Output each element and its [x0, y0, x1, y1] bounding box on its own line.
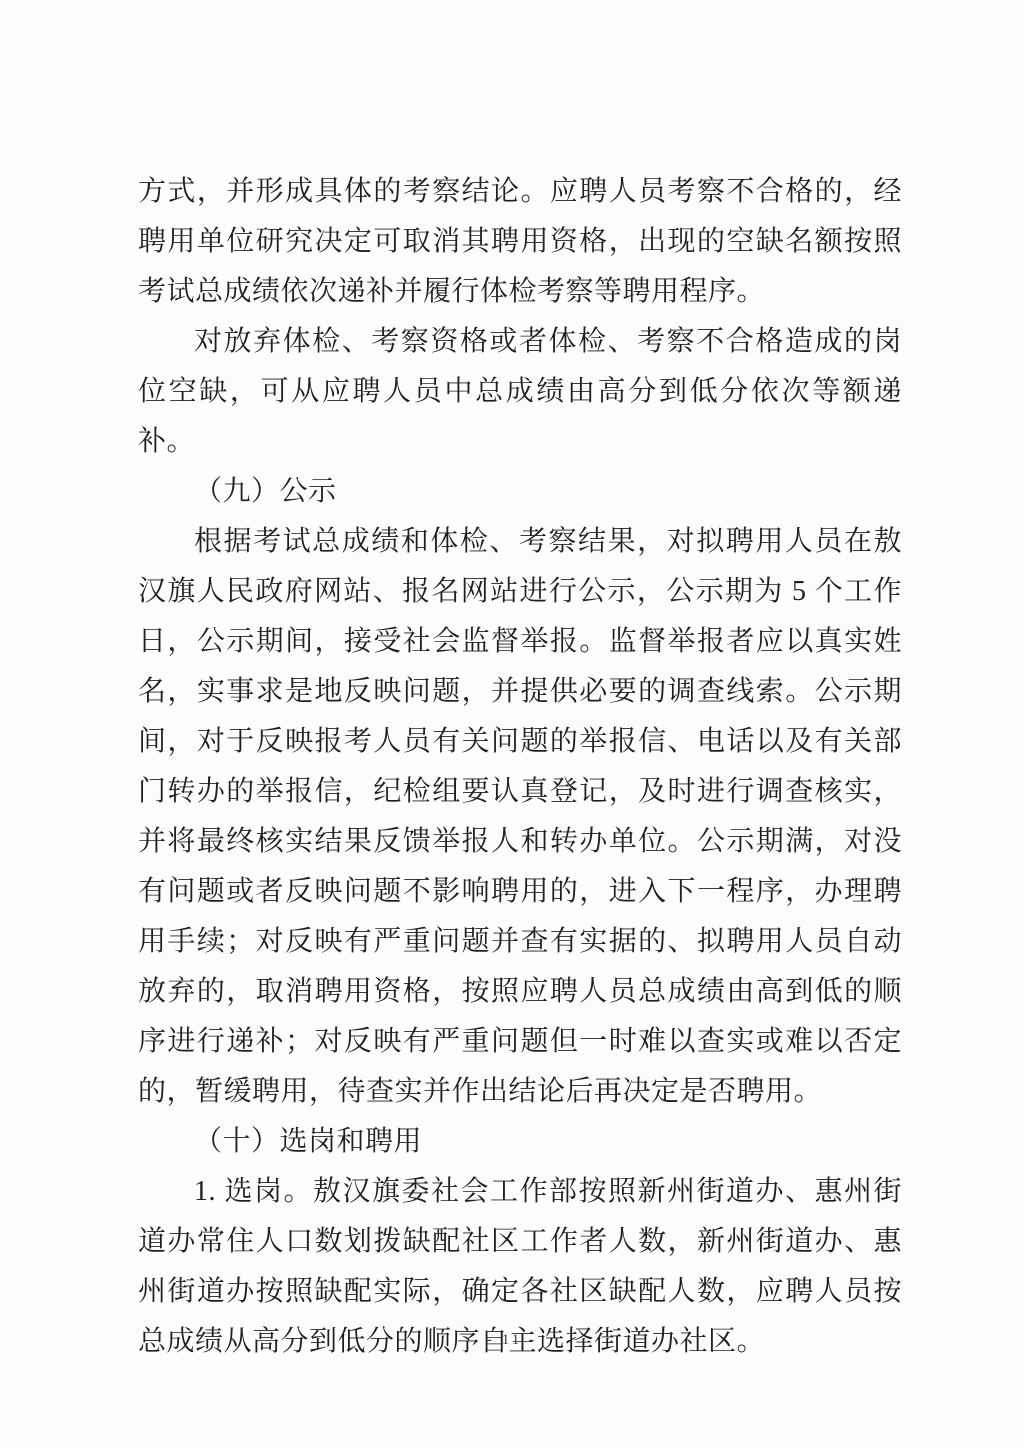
section-heading-10-post-selection: （十）选岗和聘用 — [138, 1117, 902, 1167]
paragraph-continuation: 方式，并形成具体的考察结论。应聘人员考察不合格的，经聘用单位研究决定可取消其聘用… — [138, 167, 902, 317]
document-body: 方式，并形成具体的考察结论。应聘人员考察不合格的，经聘用单位研究决定可取消其聘用… — [138, 167, 902, 1367]
paragraph-public-notice-details: 根据考试总成绩和体检、考察结果，对拟聘用人员在敖汉旗人民政府网站、报名网站进行公… — [138, 517, 902, 1117]
paragraph-vacancy-refill: 对放弃体检、考察资格或者体检、考察不合格造成的岗位空缺，可从应聘人员中总成绩由高… — [138, 317, 902, 467]
document-page: 方式，并形成具体的考察结论。应聘人员考察不合格的，经聘用单位研究决定可取消其聘用… — [0, 0, 1024, 1447]
page-number: - 11 - — [0, 1332, 1024, 1349]
section-heading-9-public-notice: （九）公示 — [138, 467, 902, 517]
